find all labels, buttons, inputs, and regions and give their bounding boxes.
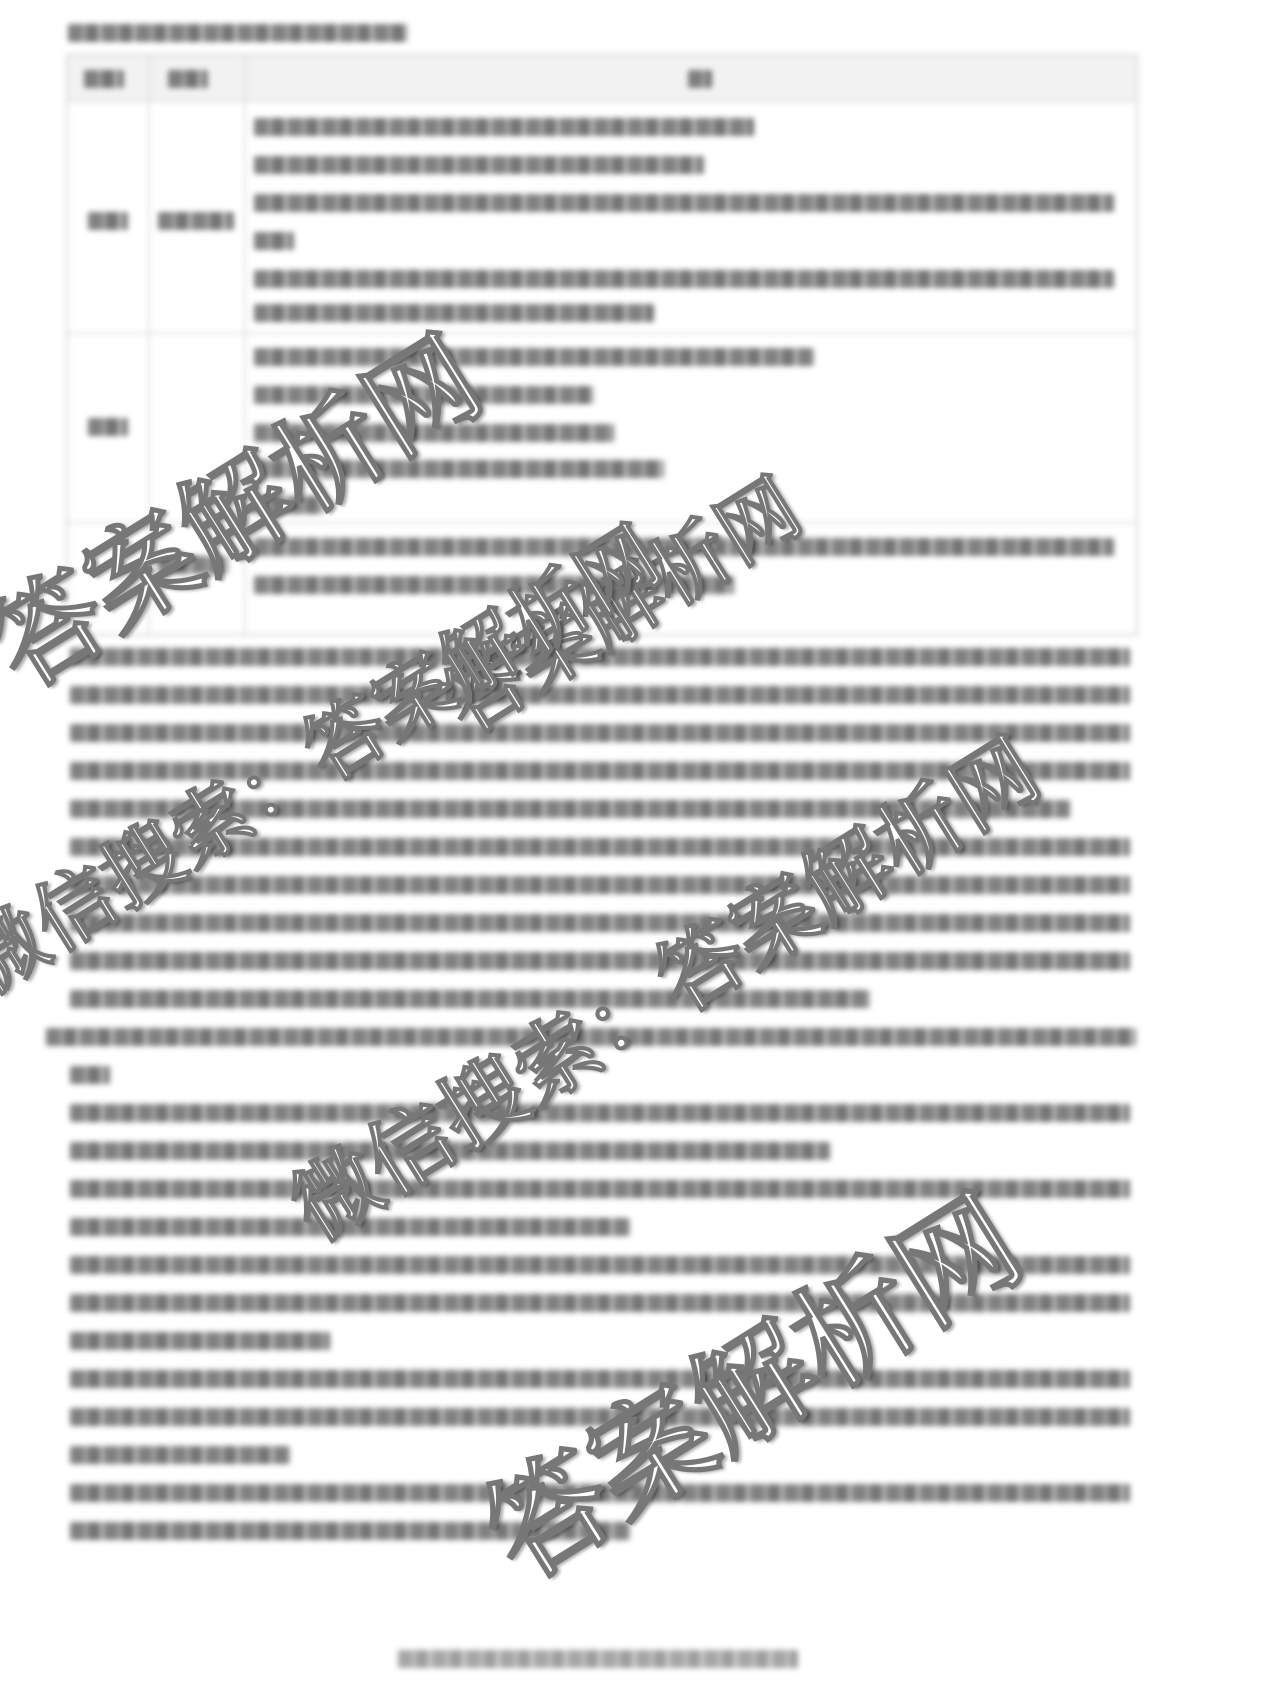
table-cell-line: [254, 576, 734, 594]
text-line: [70, 1066, 110, 1084]
text-line: [70, 1370, 1130, 1388]
table-cell-line: [254, 156, 704, 174]
text-line: [70, 1446, 290, 1464]
header-cell: [84, 70, 124, 88]
text-line: [70, 1180, 1130, 1198]
text-line: [70, 648, 1130, 666]
table-cell-line: [254, 270, 1114, 288]
table-cell-line: [254, 304, 654, 322]
table-cell-line: [254, 348, 814, 366]
text-line: [70, 686, 1130, 704]
text-line: [70, 990, 870, 1008]
table-cell-line: [254, 424, 614, 442]
text-line: [70, 1484, 1130, 1502]
text-line: [70, 838, 1130, 856]
text-line: [70, 952, 1130, 970]
text-line: [70, 1142, 830, 1160]
text-line: [70, 876, 1130, 894]
section-heading: [68, 24, 408, 42]
text-line: [70, 1408, 1130, 1426]
text-line: [70, 1522, 630, 1540]
row-label: [88, 418, 128, 436]
text-line: [46, 1028, 1136, 1046]
table-header: [68, 56, 1136, 100]
text-line: [70, 1104, 1130, 1122]
table-cell-line: [254, 232, 294, 250]
text-line: [70, 762, 1130, 780]
document-page: [0, 0, 1284, 1684]
header-cell: [168, 70, 208, 88]
text-line: [70, 1218, 630, 1236]
table-cell-line: [254, 460, 664, 478]
table-cell-line: [254, 194, 1114, 212]
page-footer: [398, 1650, 798, 1668]
text-line: [70, 1332, 330, 1350]
row-label: [158, 212, 234, 230]
text-line: [70, 914, 1130, 932]
row-label: [88, 212, 128, 230]
text-line: [70, 1256, 1130, 1274]
table-cell-line: [254, 386, 594, 404]
text-line: [70, 800, 1070, 818]
table-cell-line: [254, 496, 324, 514]
table-cell-line: [254, 118, 754, 136]
row-label: [158, 556, 228, 574]
header-cell: [688, 70, 712, 88]
text-line: [70, 724, 1130, 742]
table-cell-line: [254, 538, 1114, 556]
info-table: [66, 54, 1138, 636]
text-line: [70, 1294, 1130, 1312]
